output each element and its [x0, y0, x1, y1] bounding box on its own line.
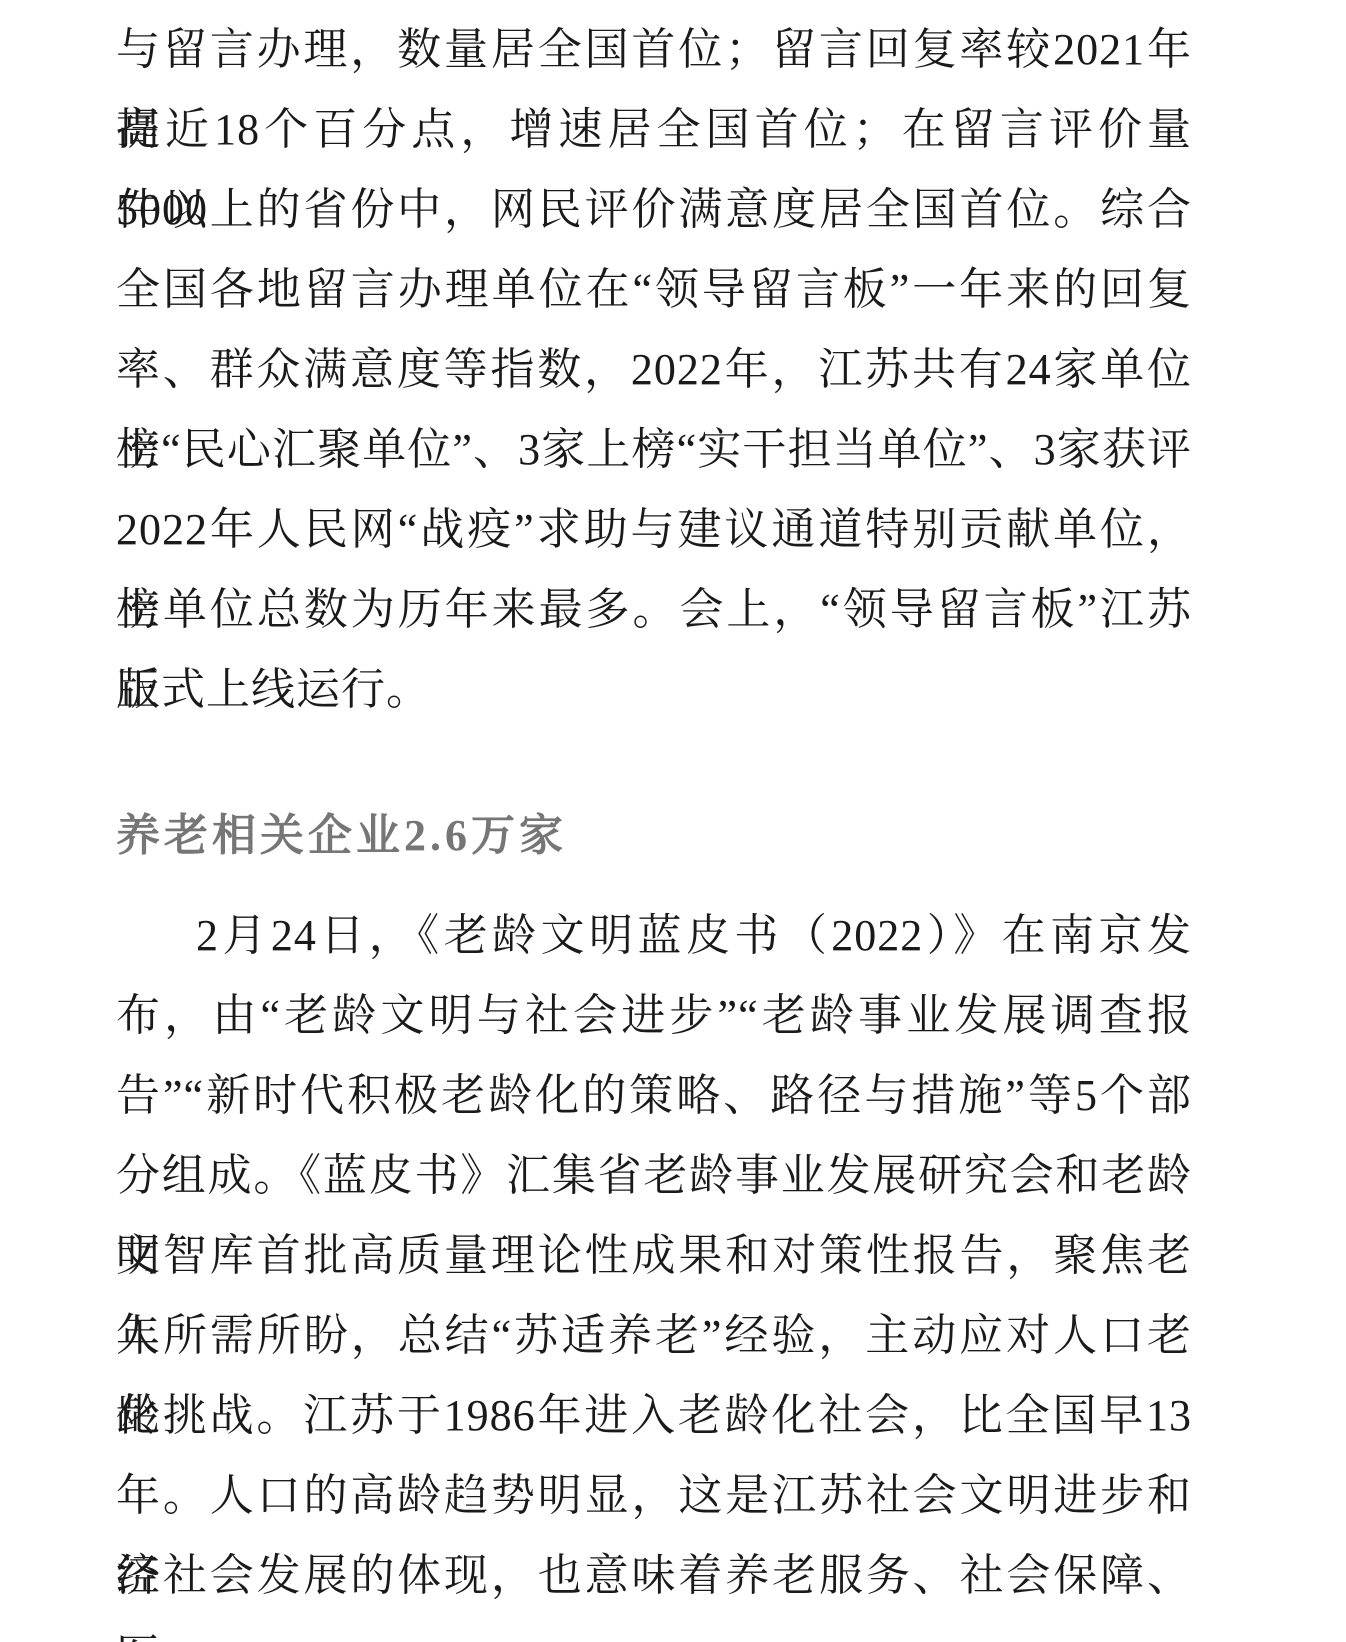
text-line: 全国各地留言办理单位在“领导留言板”一年来的回复 [116, 250, 1192, 330]
text-line: 正式上线运行。 [116, 650, 1192, 730]
text-line: 件以上的省份中，网民评价满意度居全国首位。综合 [116, 170, 1192, 250]
document-page: 与留言办理，数量居全国首位；留言回复率较2021年提 高近18个百分点，增速居全… [116, 10, 1192, 1616]
text-line: 人所需所盼，总结“苏适养老”经验，主动应对人口老龄 [116, 1296, 1192, 1376]
text-line: 明智库首批高质量理论性成果和对策性报告，聚焦老年 [116, 1216, 1192, 1296]
text-line: 济社会发展的体现，也意味着养老服务、社会保障、医 [116, 1536, 1192, 1616]
text-line: 率、群众满意度等指数，2022年，江苏共有24家单位上 [116, 330, 1192, 410]
paragraph-1: 与留言办理，数量居全国首位；留言回复率较2021年提 高近18个百分点，增速居全… [116, 10, 1192, 730]
text-line: 化挑战。江苏于1986年进入老龄化社会，比全国早13 [116, 1376, 1192, 1456]
text-line: 榜“民心汇聚单位”、3家上榜“实干担当单位”、3家获评 [116, 410, 1192, 490]
text-line: 2月24日，《老龄文明蓝皮书（2022）》在南京发 [116, 896, 1192, 976]
text-line: 分组成。《蓝皮书》汇集省老龄事业发展研究会和老龄文 [116, 1136, 1192, 1216]
text-line: 布，由“老龄文明与社会进步”“老龄事业发展调查报 [116, 976, 1192, 1056]
text-line: 2022年人民网“战疫”求助与建议通道特别贡献单位，上 [116, 490, 1192, 570]
text-line: 高近18个百分点，增速居全国首位；在留言评价量5000 [116, 90, 1192, 170]
paragraph-2: 2月24日，《老龄文明蓝皮书（2022）》在南京发 布，由“老龄文明与社会进步”… [116, 896, 1192, 1616]
text-line: 榜单位总数为历年来最多。会上，“领导留言板”江苏版 [116, 570, 1192, 650]
text-line: 告”“新时代积极老龄化的策略、路径与措施”等5个部 [116, 1056, 1192, 1136]
section-heading: 养老相关企业2.6万家 [116, 796, 1192, 876]
text-line: 与留言办理，数量居全国首位；留言回复率较2021年提 [116, 10, 1192, 90]
text-line: 年。人口的高龄趋势明显，这是江苏社会文明进步和经 [116, 1456, 1192, 1536]
